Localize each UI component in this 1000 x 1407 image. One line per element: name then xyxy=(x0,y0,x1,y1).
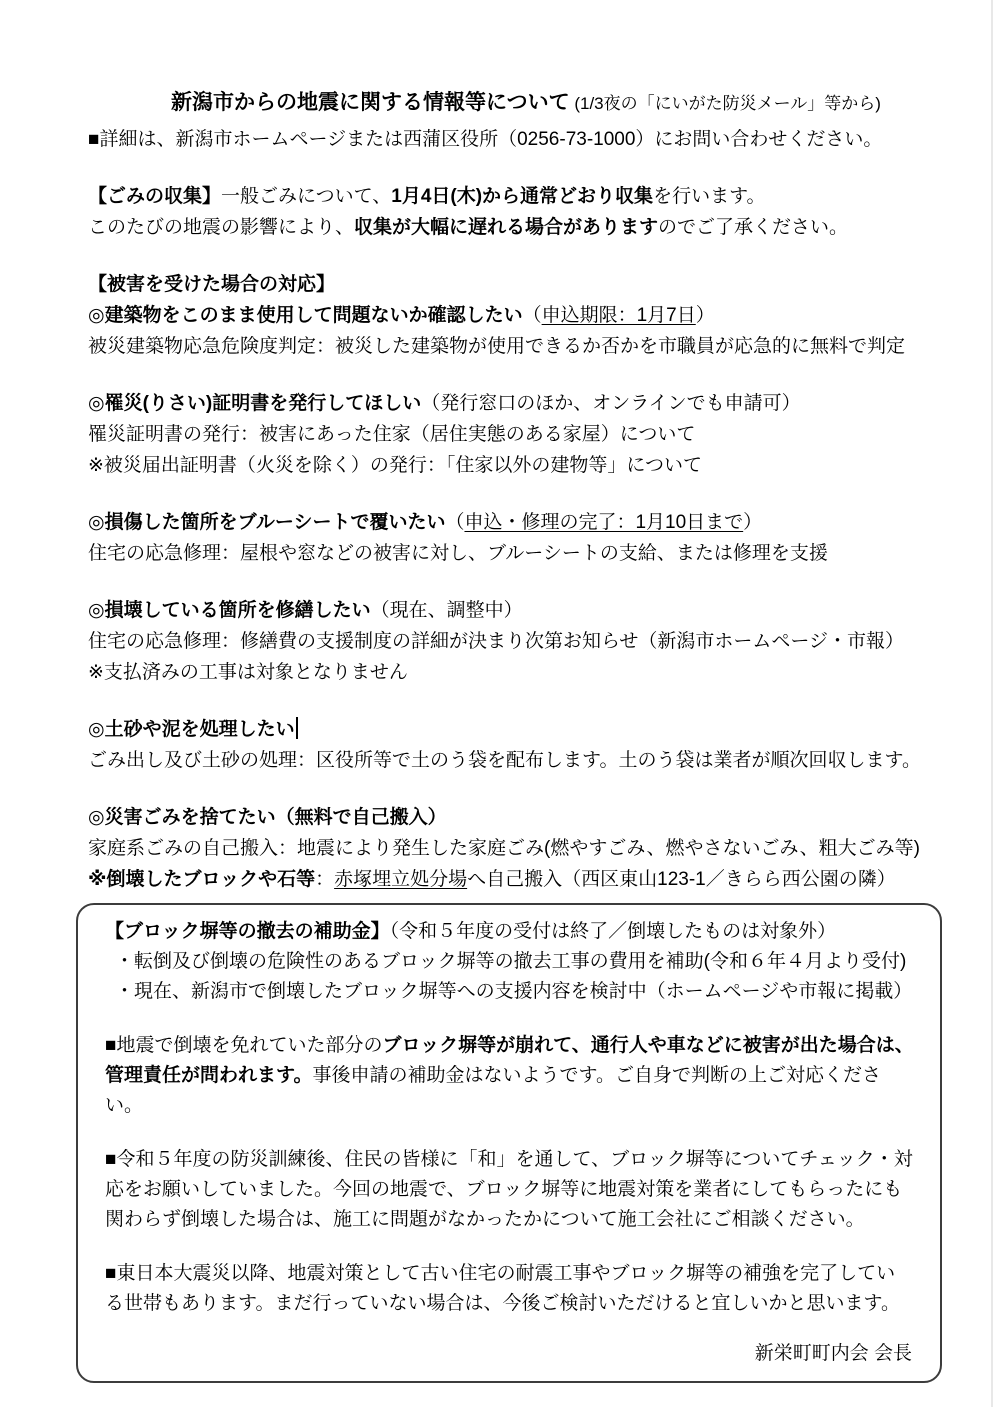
garbage-text-2: このたびの地震の影響により、 xyxy=(88,217,354,238)
box-paragraph-liability: ■地震で倒壊を免れていた部分のブロック塀等が崩れて、通行人や車などに被害が出た場… xyxy=(105,1031,914,1121)
page-edge-line xyxy=(991,0,993,1407)
box-heading-line: 【ブロック塀等の撤去の補助金】（令和５年度の受付は終了／倒壊したものは対象外） xyxy=(105,917,914,947)
box-paragraph-training: ■令和５年度の防災訓練後、住民の皆様に「和」を通して、ブロック塀等についてチェッ… xyxy=(105,1145,914,1235)
box-heading-note: （令和５年度の受付は終了／倒壊したものは対象外） xyxy=(390,921,837,942)
item-disaster-garbage-title: ◎災害ごみを捨てたい（無料で自己搬入） xyxy=(88,802,964,833)
item-certificate-body-1: 罹災証明書の発行：被害にあった住家（居住実態のある家屋）について xyxy=(88,419,964,450)
note-close: ） xyxy=(696,305,715,326)
item-note: （発行窓口のほか、オンラインでも申請可） xyxy=(421,393,800,414)
box-bullet-2: ・現在、新潟市で倒壊したブロック塀等への支援内容を検討中（ホームページや市報に掲… xyxy=(105,977,914,1007)
title-source-note: (1/3夜の「にいがた防災メール」等から) xyxy=(570,94,881,113)
garbage-line-2: このたびの地震の影響により、収集が大幅に遅れる場合がありますのでご了承ください。 xyxy=(88,212,964,243)
item-repair-body-1: 住宅の応急修理：修繕費の支援制度の詳細が決まり次第お知らせ（新潟市ホームページ・… xyxy=(88,626,964,657)
document-page: 新潟市からの地震に関する情報等について (1/3夜の「にいがた防災メール」等から… xyxy=(0,0,1000,1407)
garbage-label: 【ごみの収集】 xyxy=(88,186,221,207)
deadline-underline: 申込・修理の完了：1月10日まで xyxy=(464,512,743,533)
garbage-delay-bold: 収集が大幅に遅れる場合があります xyxy=(354,217,658,238)
garbage-text-tail: を行います。 xyxy=(653,186,765,207)
landfill-underline: 赤塚埋立処分場 xyxy=(334,869,467,890)
title-line: 新潟市からの地震に関する情報等について (1/3夜の「にいがた防災メール」等から… xyxy=(88,88,964,119)
item-title-bold: ◎建築物をこのまま使用して問題ないか確認したい xyxy=(88,305,523,326)
text-cursor xyxy=(296,717,298,739)
deadline-underline: 申込期限：1月7日 xyxy=(542,305,696,326)
garbage-text-2-tail: のでご了承ください。 xyxy=(658,217,848,238)
item-certificate-title: ◎罹災(りさい)証明書を発行してほしい（発行窓口のほか、オンラインでも申請可） xyxy=(88,388,964,419)
special-tail: へ自己搬入（西区東山123-1／きらら西公園の隣） xyxy=(467,869,896,890)
box-paragraph-reinforce: ■東日本大震災以降、地震対策として古い住宅の耐震工事やブロック塀等の補強を完了し… xyxy=(105,1259,914,1319)
item-bluesheet-body: 住宅の応急修理：屋根や窓などの被害に対し、ブルーシートの支給、または修理を支援 xyxy=(88,538,964,569)
note-open: （ xyxy=(523,305,542,326)
item-note: （現在、調整中） xyxy=(371,600,523,621)
box-heading: 【ブロック塀等の撤去の補助金】 xyxy=(105,921,390,942)
signature: 新栄町町内会 会長 xyxy=(105,1339,914,1369)
special-bold: ※倒壊したブロックや石等 xyxy=(88,869,315,890)
notice-box: 【ブロック塀等の撤去の補助金】（令和５年度の受付は終了／倒壊したものは対象外） … xyxy=(76,903,942,1383)
box-bullet-1: ・転倒及び倒壊の危険性のあるブロック塀等の撤去工事の費用を補助(令和６年４月より… xyxy=(105,947,914,977)
item-building-title: ◎建築物をこのまま使用して問題ないか確認したい（申込期限：1月7日） xyxy=(88,300,964,331)
item-sand-title: ◎土砂や泥を処理したい xyxy=(88,714,964,745)
note-close: ） xyxy=(743,512,762,533)
note-open: （ xyxy=(445,512,464,533)
item-certificate-body-2: ※被災届出証明書（火災を除く）の発行：「住家以外の建物等」について xyxy=(88,450,964,481)
item-repair-body-2: ※支払済みの工事は対象となりません xyxy=(88,657,964,688)
para-text: ■地震で倒壊を免れていた部分の xyxy=(105,1035,382,1056)
item-title-bold: ◎損傷した箇所をブルーシートで覆いたい xyxy=(88,512,445,533)
item-bluesheet-title: ◎損傷した箇所をブルーシートで覆いたい（申込・修理の完了：1月10日まで） xyxy=(88,507,964,538)
item-title-bold: ◎土砂や泥を処理したい xyxy=(88,719,295,740)
item-repair-title: ◎損壊している箇所を修繕したい（現在、調整中） xyxy=(88,595,964,626)
item-title-bold: ◎罹災(りさい)証明書を発行してほしい xyxy=(88,393,421,414)
item-disaster-garbage-special: ※倒壊したブロックや石等：赤塚埋立処分場へ自己搬入（西区東山123-1／きらら西… xyxy=(88,864,964,895)
response-heading: 【被害を受けた場合の対応】 xyxy=(88,269,964,300)
page-title: 新潟市からの地震に関する情報等について xyxy=(171,91,570,114)
document-content: 新潟市からの地震に関する情報等について (1/3夜の「にいがた防災メール」等から… xyxy=(0,0,1000,1383)
garbage-date-bold: 1月4日(木)から通常どおり収集 xyxy=(391,186,653,207)
garbage-text: 一般ごみについて、 xyxy=(221,186,391,207)
item-title-bold: ◎損壊している箇所を修繕したい xyxy=(88,600,371,621)
special-colon: ： xyxy=(315,869,334,890)
item-disaster-garbage-body: 家庭系ごみの自己搬入：地震により発生した家庭ごみ(燃やすごみ、燃やさないごみ、粗… xyxy=(88,833,964,864)
item-building-body: 被災建築物応急危険度判定：被災した建築物が使用できるか否かを市職員が応急的に無料… xyxy=(88,331,964,362)
garbage-line-1: 【ごみの収集】一般ごみについて、1月4日(木)から通常どおり収集を行います。 xyxy=(88,181,964,212)
contact-line: ■詳細は、新潟市ホームページまたは西蒲区役所（0256-73-1000）にお問い… xyxy=(88,124,964,155)
item-sand-body: ごみ出し及び土砂の処理：区役所等で土のう袋を配布します。土のう袋は業者が順次回収… xyxy=(88,745,964,776)
